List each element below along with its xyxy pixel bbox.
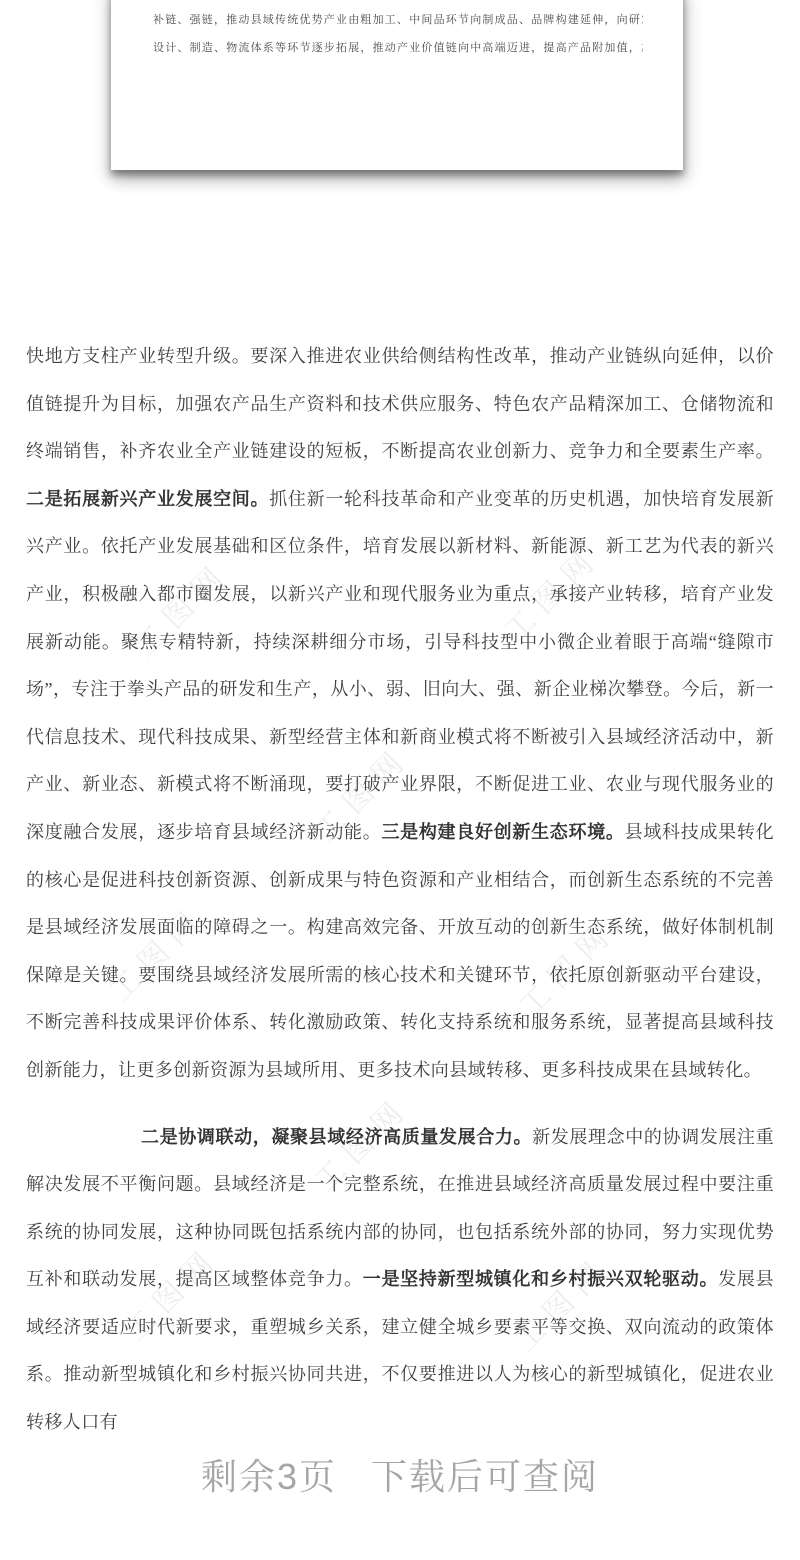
paragraph-text: 抓住新一轮科技革命和产业变革的历史机遇，加快培育发展新兴产业。依托产业发展基础和… [26, 489, 774, 842]
download-to-view-hint: 下载后可查阅 [371, 1456, 599, 1497]
paragraph-text: 发展县域经济要适应时代新要求，重塑城乡关系，建立健全城乡要素平等交换、双向流动的… [26, 1269, 774, 1432]
paragraph: 二是协调联动，凝聚县域经济高质量发展合力。新发展理念中的协调发展注重解决发展不平… [26, 1114, 774, 1447]
remaining-pages-count: 剩余3页 [201, 1456, 337, 1497]
paragraph-bold-heading: 一是坚持新型城镇化和乡村振兴双轮驱动。 [363, 1269, 718, 1289]
document-body: 快地方支柱产业转型升级。要深入推进农业供给侧结构性改革，推动产业链纵向延伸，以价… [26, 333, 774, 1447]
paragraph-text: 新发展理念中的协调发展注重解决发展不平衡问题。县域经济是一个完整系统，在推进县域… [26, 1127, 774, 1290]
preview-page-line: 设计、制造、物流体系等环节逐步拓展，推动产业价值链向中高端迈进，提高产品附加值，… [153, 34, 643, 62]
paragraph-bold-heading: 三是构建良好创新生态环境。 [381, 822, 624, 842]
paragraph-bold-heading: 二是协调联动，凝聚县域经济高质量发展合力。 [141, 1127, 532, 1147]
paragraph: 快地方支柱产业转型升级。要深入推进农业供给侧结构性改革，推动产业链纵向延伸，以价… [26, 333, 774, 1095]
paragraph-text: 县域科技成果转化的核心是促进科技创新资源、创新成果与特色资源和产业相结合，而创新… [26, 822, 774, 1080]
preview-page-line: 补链、强链，推动县域传统优势产业由粗加工、中间品环节向制成品、品牌构建延伸，向研… [153, 6, 643, 34]
paragraph-bold-heading: 二是拓展新兴产业发展空间。 [26, 489, 269, 509]
paragraph-text: 快地方支柱产业转型升级。要深入推进农业供给侧结构性改革，推动产业链纵向延伸，以价… [26, 346, 774, 461]
previous-page-preview-card: 补链、强链，推动县域传统优势产业由粗加工、中间品环节向制成品、品牌构建延伸，向研… [111, 0, 683, 170]
remaining-pages-hint: 剩余3页下载后可查阅 [0, 1449, 800, 1500]
